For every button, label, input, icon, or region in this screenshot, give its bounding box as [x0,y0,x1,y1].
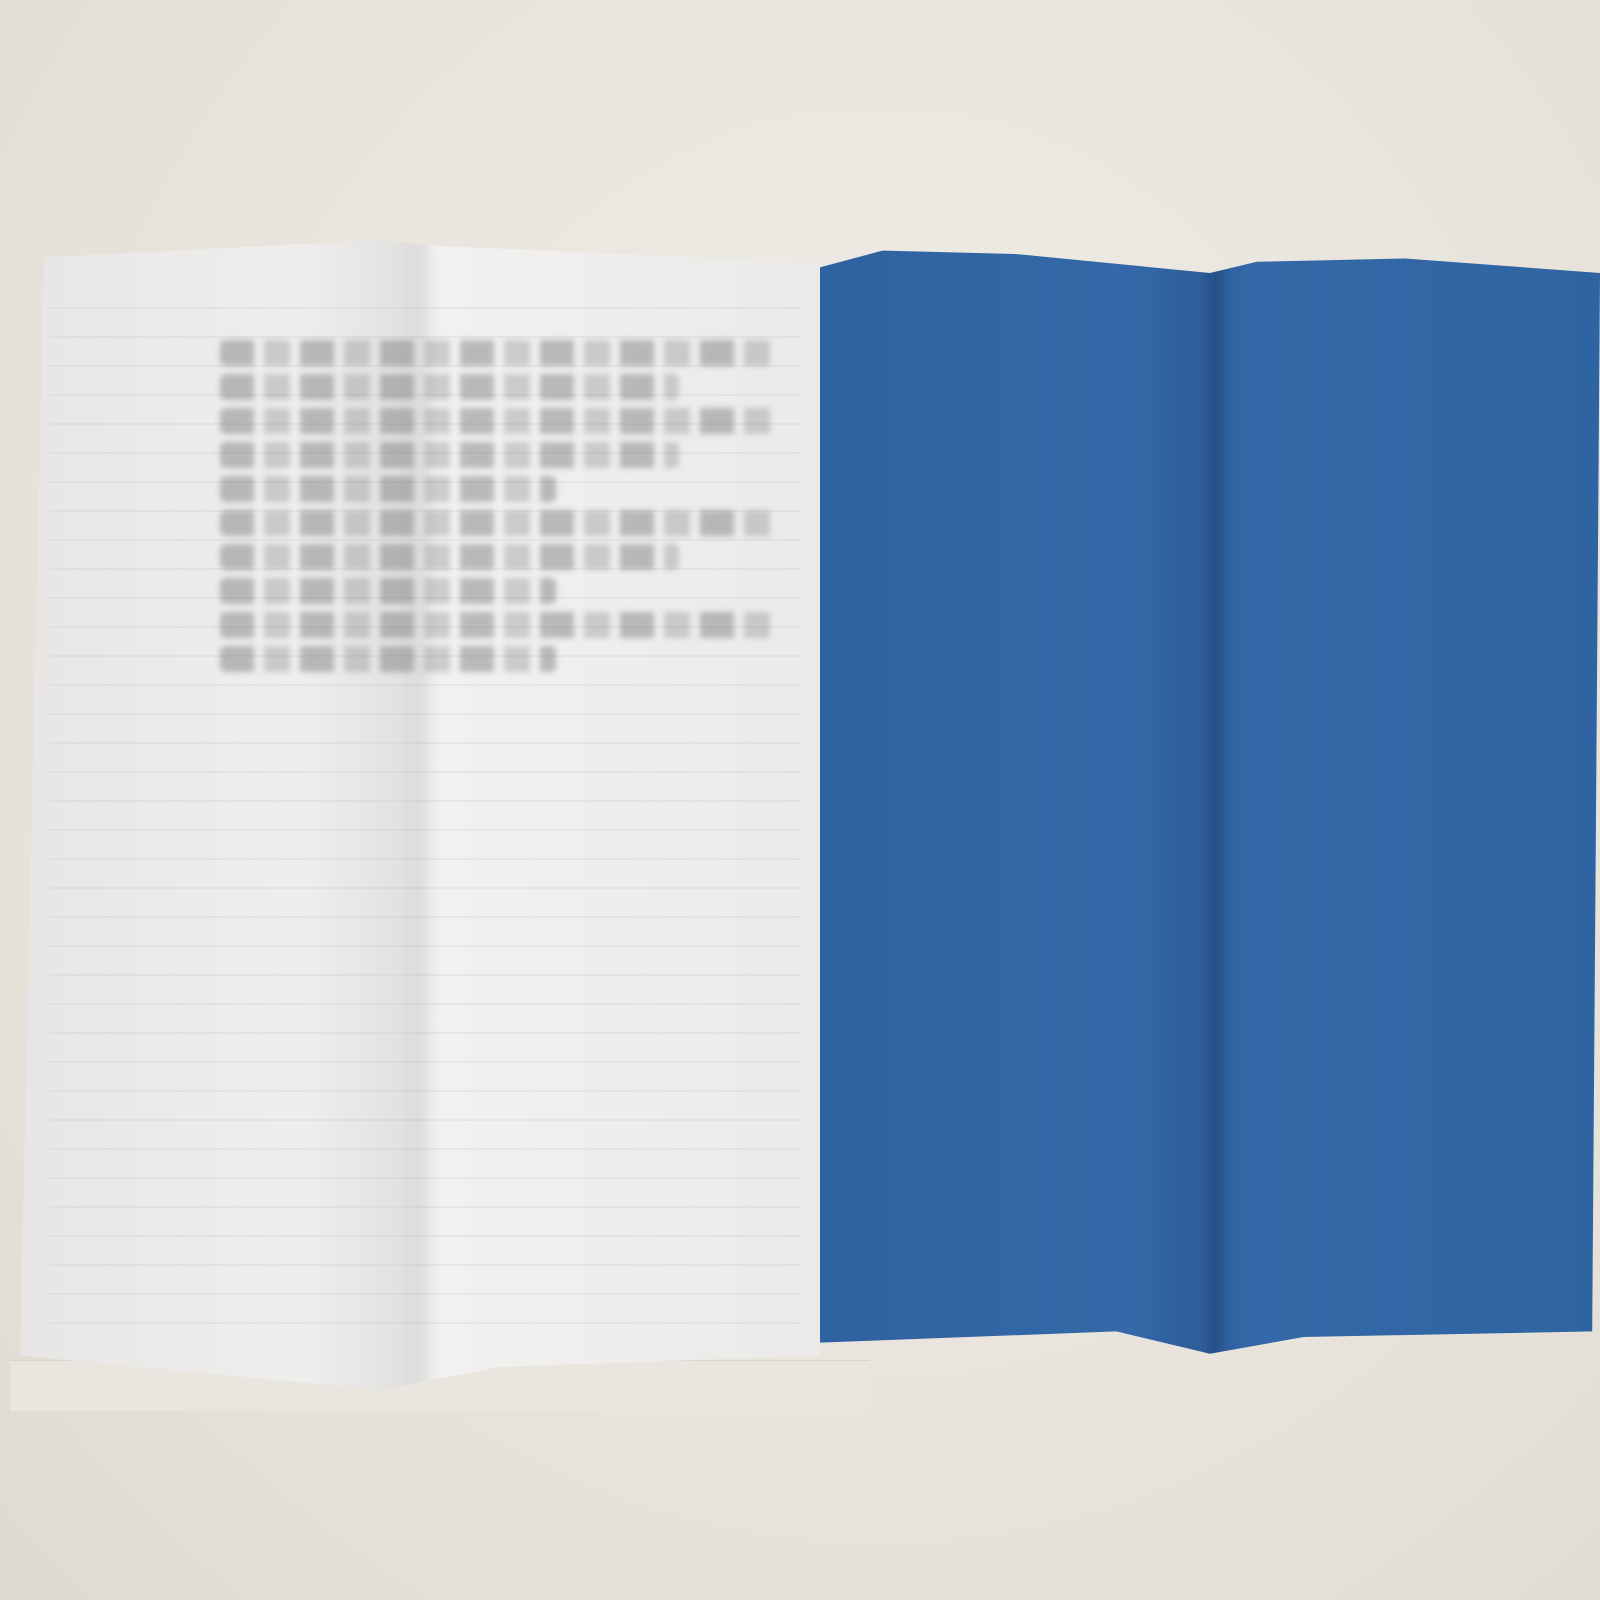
handwriting-line [220,408,780,434]
manuscript-page: Handwritten text (illegible due to motio… [20,240,820,1390]
handwriting-line [220,340,780,366]
handwriting-line [220,374,679,400]
handwriting-line [220,544,679,570]
handwriting-line [220,510,780,536]
handwritten-text-block: Handwritten text (illegible due to motio… [220,340,780,680]
handwriting-line [220,442,679,468]
handwriting-line [220,476,556,502]
cover-fold [1200,245,1230,1365]
handwriting-line [220,646,556,672]
handwriting-line [220,578,556,604]
handwriting-line [220,612,780,638]
blue-cover [820,245,1600,1365]
